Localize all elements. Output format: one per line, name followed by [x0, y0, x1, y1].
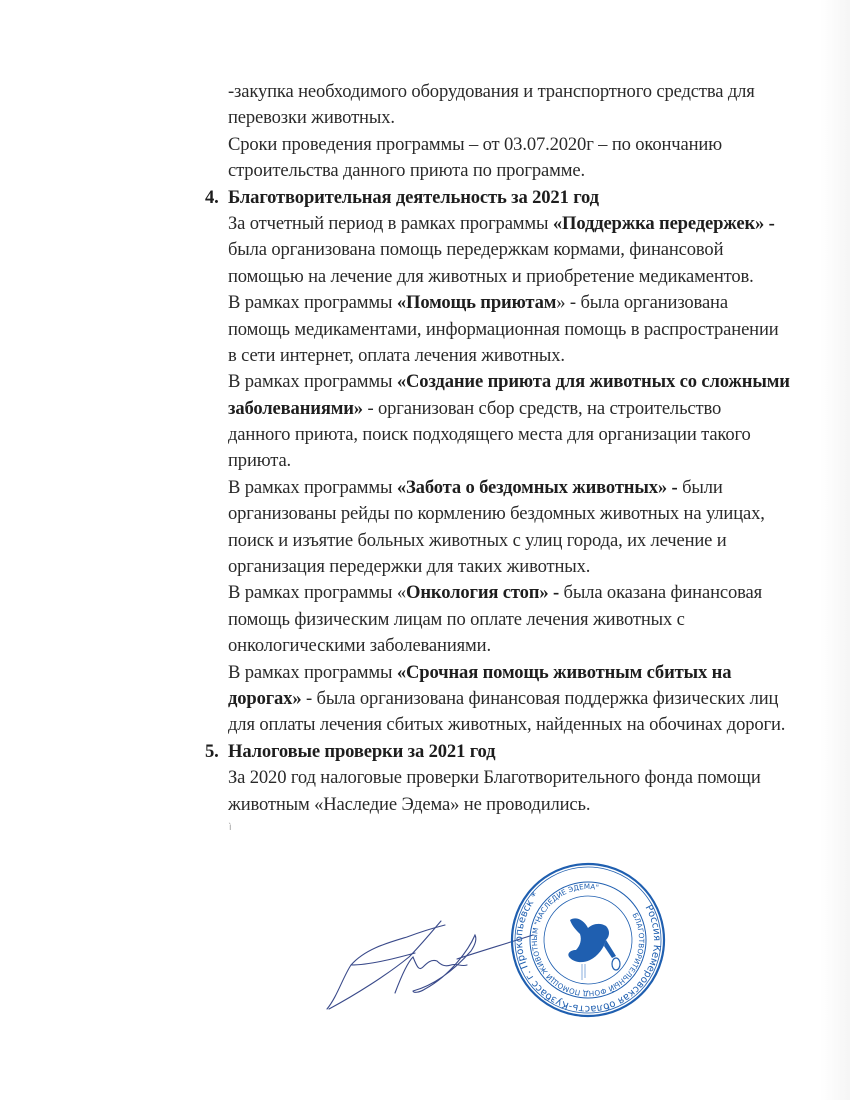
line-text: были	[678, 477, 723, 498]
document-body: -закупка необходимого оборудования и тра…	[205, 79, 835, 818]
program-name: «Помощь приютам	[397, 292, 556, 313]
line-text: В рамках программы	[228, 292, 397, 313]
section-4-line: дорогах» - была организована финансовая …	[205, 686, 835, 712]
program-name: «Поддержка передержек» -	[553, 213, 775, 234]
line-text: данного приюта, поиск подходящего места …	[228, 424, 751, 445]
section-title: Благотворительная деятельность за 2021 г…	[228, 187, 599, 208]
line-text: онкологическими заболеваниями.	[228, 635, 491, 656]
line-text: В рамках программы	[228, 371, 397, 392]
program-name: «Срочная помощь животным сбитых на	[397, 662, 731, 683]
line-text: В рамках программы	[228, 477, 397, 498]
section-5-line: животным «Наследие Эдема» не проводились…	[205, 792, 835, 818]
program-name: дорогах»	[228, 688, 301, 709]
section-4-line: заболеваниями» - организован сбор средст…	[205, 396, 835, 422]
line-text: - организован сбор средств, на строитель…	[363, 398, 721, 419]
program-name: «Создание приюта для животных со сложным…	[397, 371, 790, 392]
line-text: была организована помощь передержкам кор…	[228, 239, 723, 260]
line-text: в сети интернет, оплата лечения животных…	[228, 345, 565, 366]
section-4-line: организация передержки для таких животны…	[205, 554, 835, 580]
section-4-line: в сети интернет, оплата лечения животных…	[205, 343, 835, 369]
section-number: 4.	[205, 185, 228, 211]
program-name: Онкология стоп» -	[406, 582, 559, 603]
line-text: была оказана финансовая	[559, 582, 762, 603]
section-4-line: В рамках программы «Онкология стоп» - бы…	[205, 580, 835, 606]
intro-line: строительства данного приюта по программ…	[205, 158, 835, 184]
section-4-line: В рамках программы «Срочная помощь живот…	[205, 660, 835, 686]
program-name: «Забота о бездомных животных» -	[397, 477, 678, 498]
section-4-line: В рамках программы «Помощь приютам» - бы…	[205, 290, 835, 316]
section-4-line: помощь физическим лицам по оплате лечени…	[205, 607, 835, 633]
line-text: организация передержки для таких животны…	[228, 556, 590, 577]
stamp-animal-emblem	[568, 918, 616, 962]
line-text: организованы рейды по кормлению бездомны…	[228, 503, 765, 524]
section-4-line: для оплаты лечения сбитых животных, найд…	[205, 712, 835, 738]
intro-line: -закупка необходимого оборудования и тра…	[205, 79, 835, 105]
section-4-line: организованы рейды по кормлению бездомны…	[205, 501, 835, 527]
section-4-heading: 4.Благотворительная деятельность за 2021…	[205, 185, 835, 211]
program-name: заболеваниями»	[228, 398, 363, 419]
section-5-line: За 2020 год налоговые проверки Благотвор…	[205, 765, 835, 791]
section-4-line: В рамках программы «Создание приюта для …	[205, 369, 835, 395]
section-title: Налоговые проверки за 2021 год	[228, 741, 495, 762]
line-text: В рамках программы	[228, 662, 397, 683]
section-4-line: приюта.	[205, 448, 835, 474]
section-4-line: помощь медикаментами, информационная пом…	[205, 317, 835, 343]
section-4-line: В рамках программы «Забота о бездомных ж…	[205, 475, 835, 501]
section-number: 5.	[205, 739, 228, 765]
section-4-body: За отчетный период в рамках программы «П…	[205, 211, 835, 739]
line-text: поиск и изъятие больных животных с улиц …	[228, 530, 727, 551]
section-5-heading: 5.Налоговые проверки за 2021 год	[205, 739, 835, 765]
line-text: » - была организована	[556, 292, 728, 313]
line-text: За отчетный период в рамках программы	[228, 213, 553, 234]
line-text: приюта.	[228, 450, 291, 471]
intro-line: Сроки проведения программы – от 03.07.20…	[205, 132, 835, 158]
line-text: помощь медикаментами, информационная пом…	[228, 319, 779, 340]
section-4-line: поиск и изъятие больных животных с улиц …	[205, 528, 835, 554]
section-4-line: была организована помощь передержкам кор…	[205, 237, 835, 263]
line-text: - была организована финансовая поддержка…	[301, 688, 778, 709]
organization-stamp: Россия Кемеровская область-Кузбасс г. Пр…	[508, 860, 668, 1020]
line-text: помощью на лечение для животных и приобр…	[228, 266, 754, 287]
line-text: помощь физическим лицам по оплате лечени…	[228, 609, 685, 630]
section-4-line: помощью на лечение для животных и приобр…	[205, 264, 835, 290]
section-4-line: данного приюта, поиск подходящего места …	[205, 422, 835, 448]
line-text: для оплаты лечения сбитых животных, найд…	[228, 714, 785, 735]
line-text: В рамках программы «	[228, 582, 406, 603]
scan-speck: ì	[229, 823, 232, 833]
intro-line: перевозки животных.	[205, 105, 835, 131]
section-4-line: За отчетный период в рамках программы «П…	[205, 211, 835, 237]
section-4-line: онкологическими заболеваниями.	[205, 633, 835, 659]
signature	[325, 905, 535, 1015]
document-page: -закупка необходимого оборудования и тра…	[0, 0, 850, 1100]
